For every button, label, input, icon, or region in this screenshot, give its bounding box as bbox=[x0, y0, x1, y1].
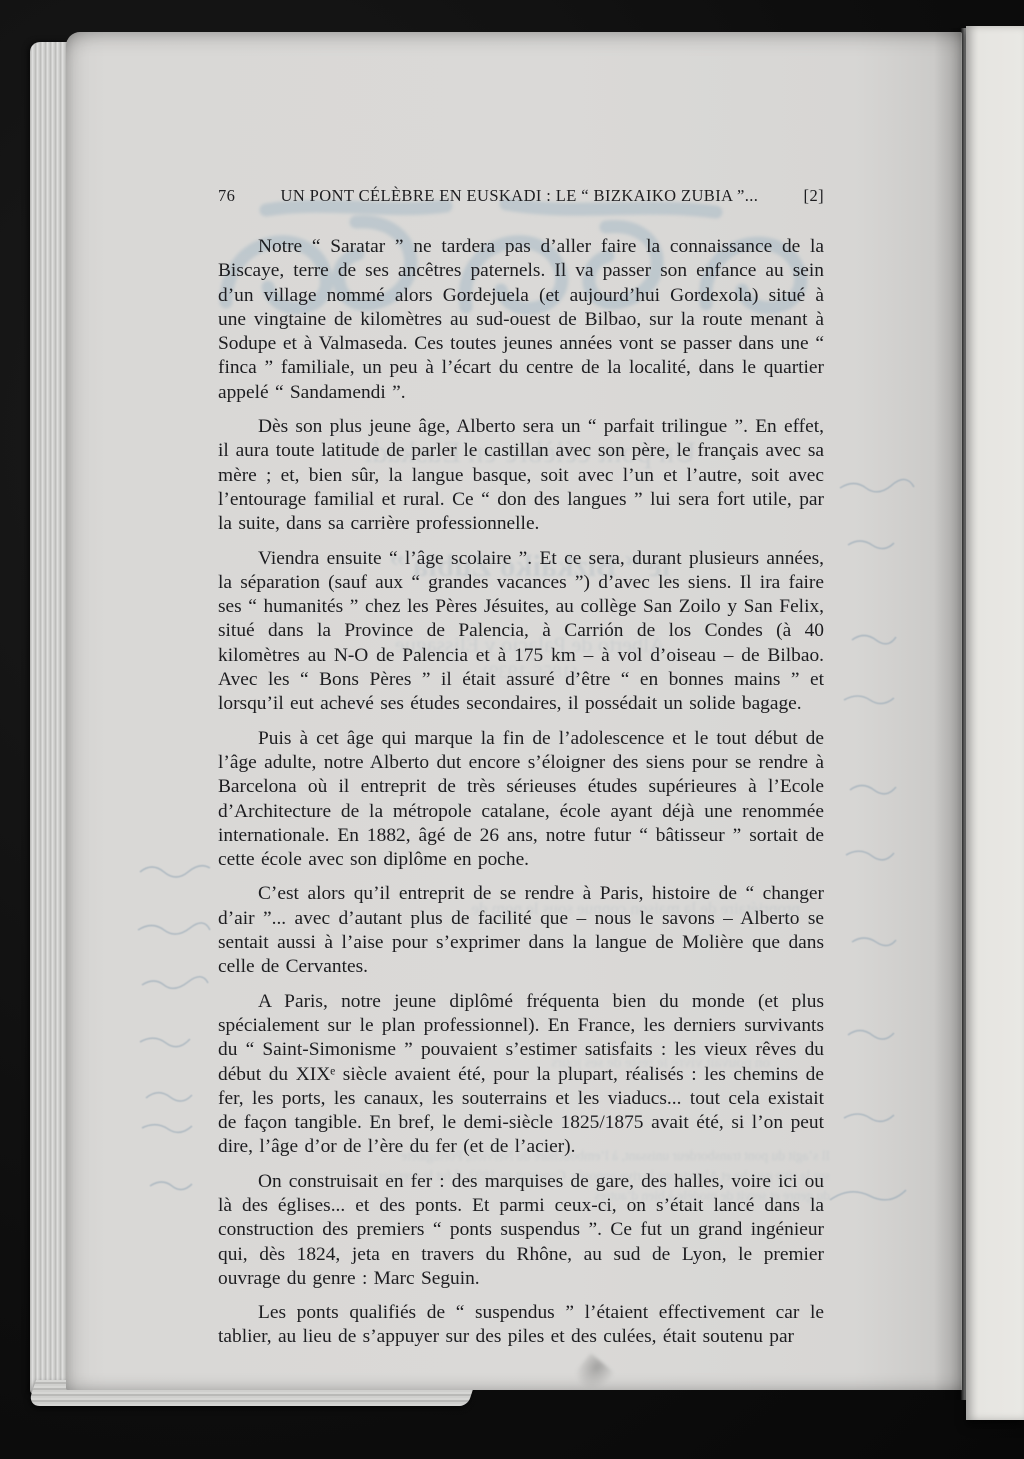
printed-text-block: 76 UN PONT CÉLÈBRE EN EUSKADI : LE “ BIZ… bbox=[218, 186, 824, 1360]
running-title: UN PONT CÉLÈBRE EN EUSKADI : LE “ BIZKAI… bbox=[235, 186, 803, 206]
paragraph: Notre “ Saratar ” ne tardera pas d’aller… bbox=[218, 235, 824, 405]
paragraph: On construisait en fer : des marquises d… bbox=[218, 1170, 824, 1291]
paragraph: Viendra ensuite “ l’âge scolaire ”. Et c… bbox=[218, 547, 824, 717]
paragraph: Puis à cet âge qui marque la fin de l’ad… bbox=[218, 727, 824, 873]
paragraph: Les ponts qualifiés de “ suspendus ” l’é… bbox=[218, 1301, 824, 1350]
reference-number: [2] bbox=[804, 186, 824, 206]
body-text: Notre “ Saratar ” ne tardera pas d’aller… bbox=[218, 235, 824, 1350]
paragraph: Dès son plus jeune âge, Alberto sera un … bbox=[218, 415, 824, 536]
running-header: 76 UN PONT CÉLÈBRE EN EUSKADI : LE “ BIZ… bbox=[218, 186, 824, 206]
page-number: 76 bbox=[218, 186, 235, 206]
scanned-book-photo: Un pont célèbre en Euskadi le “ Bizkaiko… bbox=[0, 0, 1024, 1459]
paragraph: A Paris, notre jeune diplômé fréquenta b… bbox=[218, 990, 824, 1160]
paragraph: C’est alors qu’il entreprit de se rendre… bbox=[218, 882, 824, 979]
